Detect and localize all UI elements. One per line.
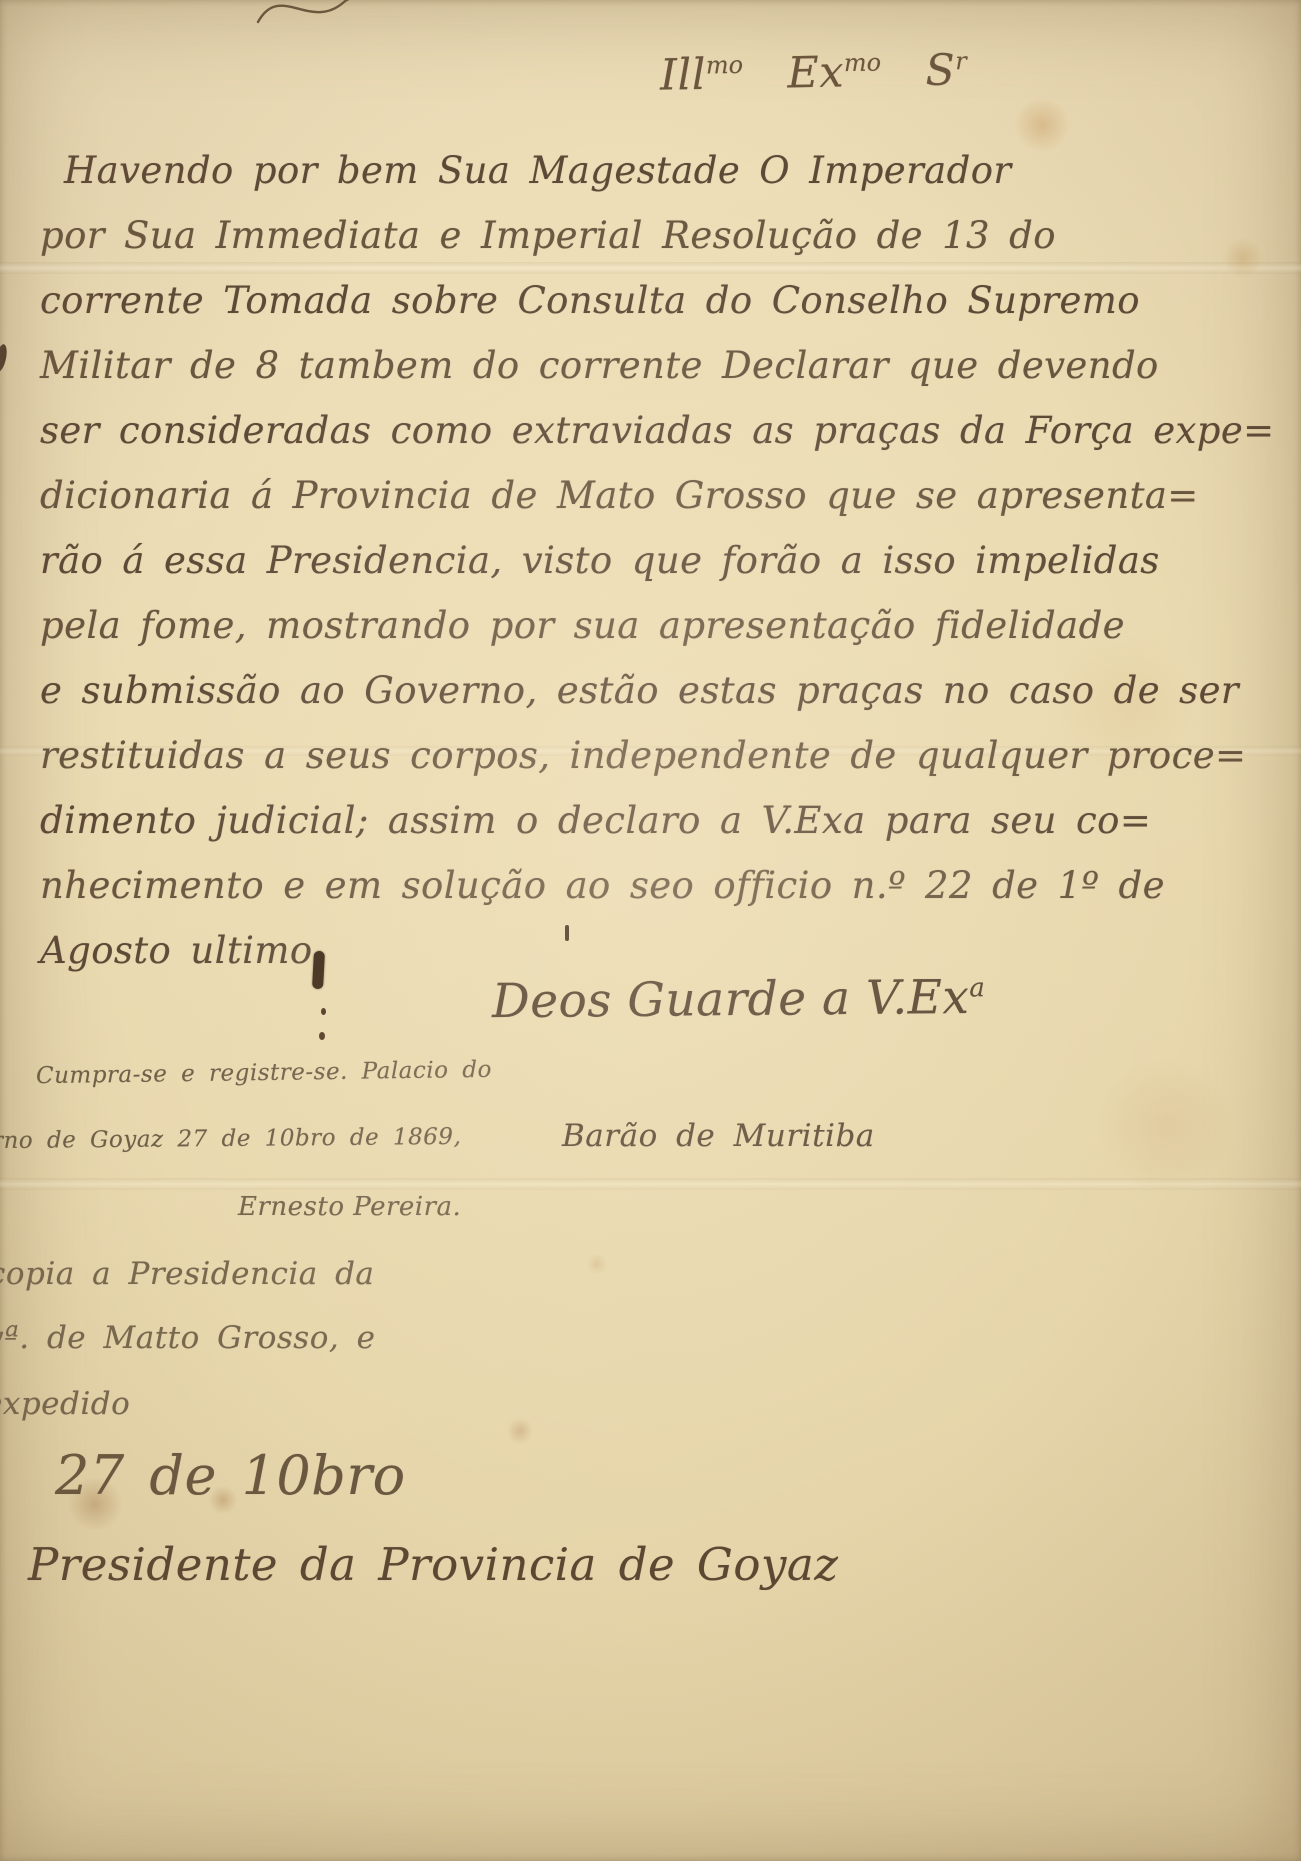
paper-stain [586,1254,608,1274]
addressee-line: Presidente da Provincia de Goyaz [28,1538,838,1591]
salutation-part: Ex [787,47,845,98]
marginal-note-line-2: rno de Goyaz 27 de 10bro de 1869, [0,1124,461,1154]
manuscript-page: Illmo Exmo Sr Havendo por bem Sua Magest… [0,0,1301,1861]
edge-ink-mark [0,343,9,372]
registry-annotation: expedido [0,1386,130,1422]
valediction-text: Deos Guarde a V.Ex [492,970,970,1029]
body-line: Havendo por bem Sua Magestade O Imperado… [40,138,1150,203]
registry-annotation: vª. de Matto Grosso, e [0,1320,375,1356]
valediction-superscript: a [969,973,985,1003]
registry-date: 27 de 10bro [55,1444,406,1507]
salutation: Illmo Exmo Sr [660,45,968,100]
salutation-superscript: mo [706,51,744,80]
body-line: rão á essa Presidencia, visto que forão … [40,528,1150,593]
paper-crease [0,1178,1301,1190]
ink-blot [312,951,325,990]
paper-stain [1090,1060,1240,1190]
countersignature-ernesto-pereira: Ernesto Pereira. [238,1192,461,1222]
ink-speck [319,1032,325,1040]
salutation-part: S [925,46,956,97]
ink-speck [565,925,569,941]
valediction: Deos Guarde a V.Exa [492,970,986,1029]
body-line: dimento judicial; assim o declaro a V.Ex… [40,788,1150,853]
body-line: ser consideradas como extraviadas as pra… [40,398,1150,463]
salutation-superscript: r [955,47,967,75]
paper-stain [1222,238,1264,278]
signature-barao-de-muritiba: Barão de Muritiba [562,1118,875,1154]
ink-speck [321,1008,326,1015]
paper-stain [506,1418,534,1444]
registry-annotation: copia a Presidencia da [0,1256,374,1292]
body-line: nhecimento e em solução ao seo officio n… [40,853,1150,918]
body-line: e submissão ao Governo, estão estas praç… [40,658,1150,723]
letter-body: Havendo por bem Sua Magestade O Imperado… [40,138,1150,983]
marginal-note-line-1: Cumpra-se e registre-se. Palacio do [36,1057,492,1089]
body-line: restituidas a seus corpos, independente … [40,723,1150,788]
pen-flourish-icon [252,0,382,28]
body-line: Militar de 8 tambem do corrente Declarar… [40,333,1150,398]
body-line: corrente Tomada sobre Consulta do Consel… [40,268,1150,333]
body-line: por Sua Immediata e Imperial Resolução d… [40,203,1150,268]
salutation-superscript: mo [844,48,882,77]
body-line: pela fome, mostrando por sua apresentaçã… [40,593,1150,658]
salutation-part: Ill [660,50,707,101]
body-line: dicionaria á Provincia de Mato Grosso qu… [40,463,1150,528]
